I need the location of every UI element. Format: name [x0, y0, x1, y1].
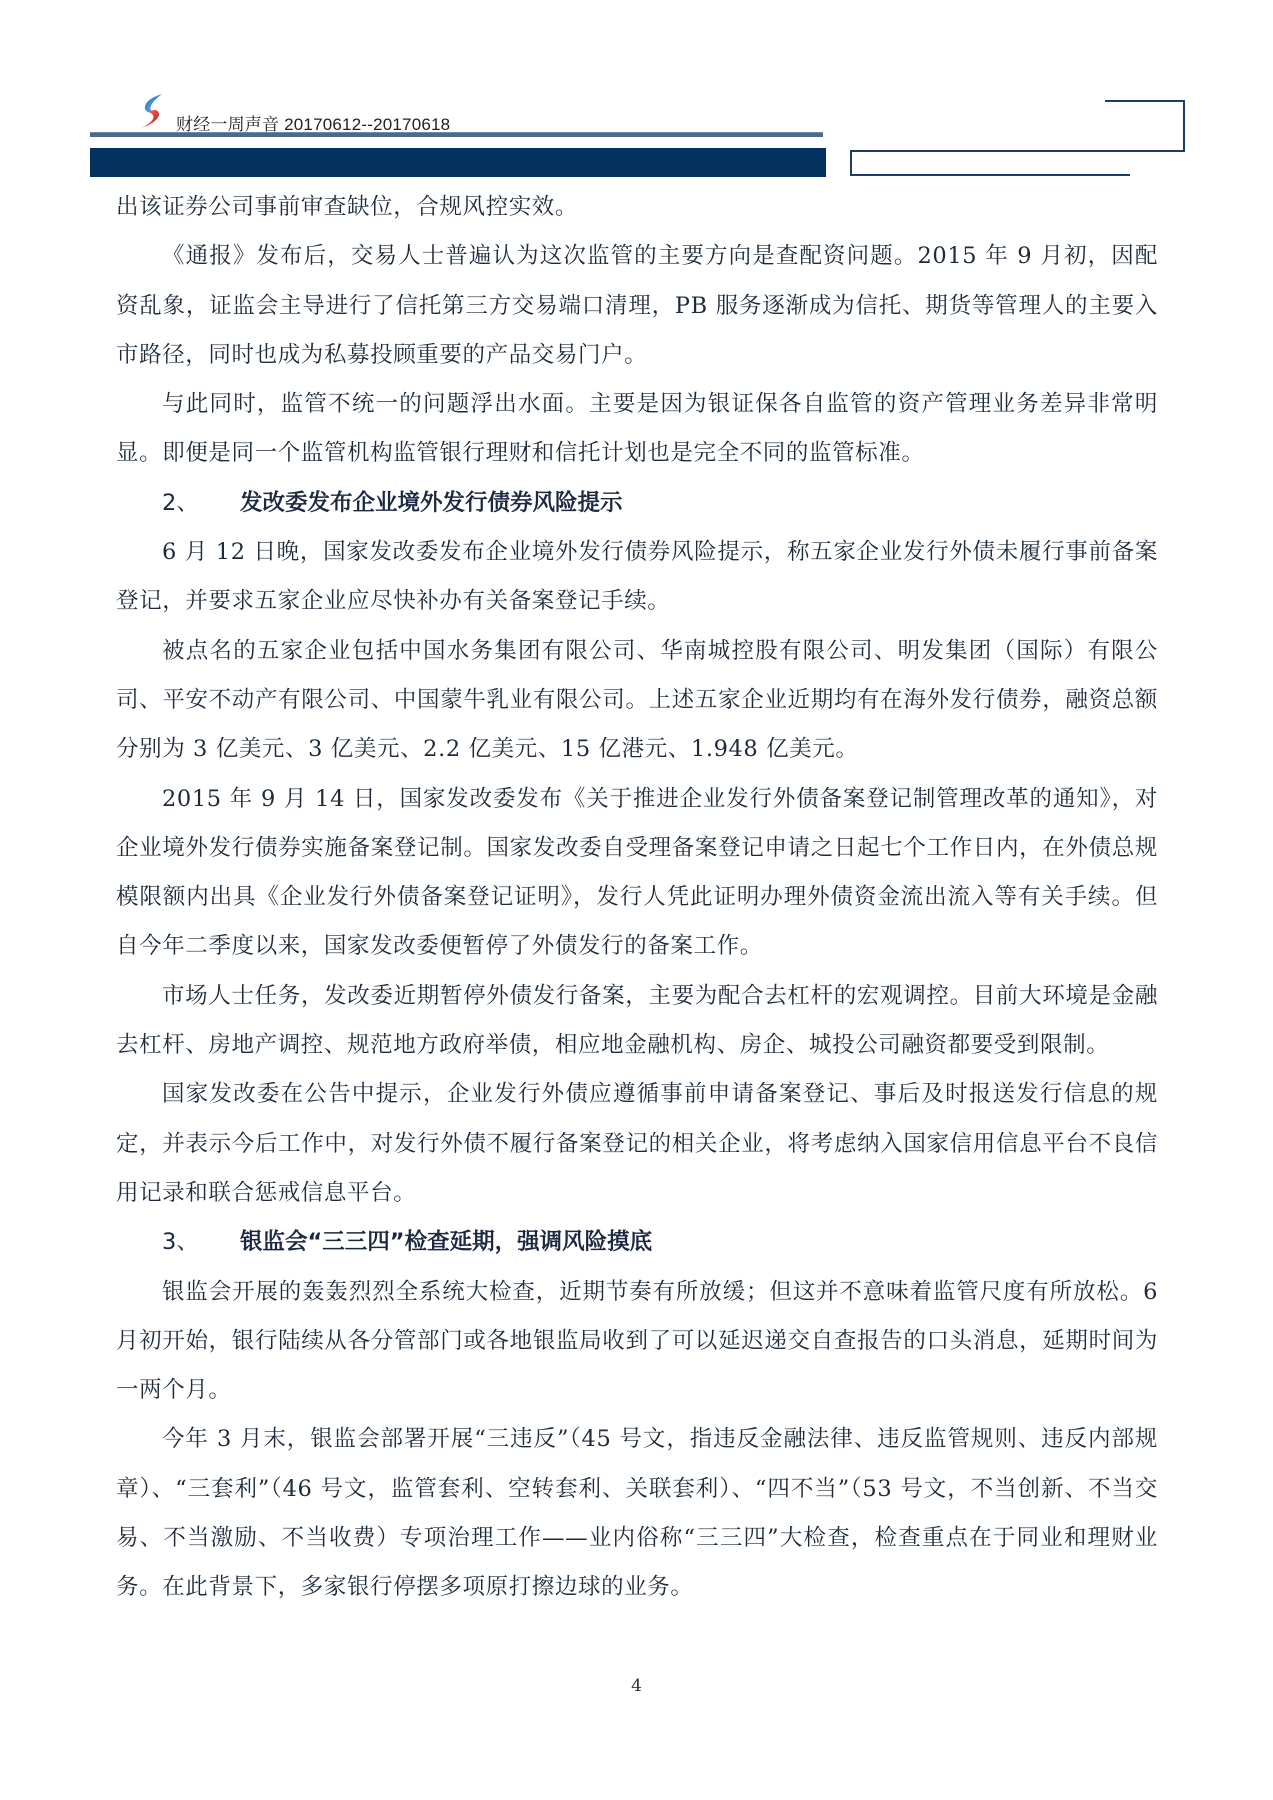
paragraph: 国家发改委在公告中提示，企业发行外债应遵循事前申请备案登记、事后及时报送发行信息… [116, 1070, 1158, 1218]
header-bar [90, 148, 826, 177]
section-heading: 3、银监会“三三四”检查延期，强调风险摸底 [116, 1218, 1158, 1267]
header-frame-decoration [1105, 100, 1185, 150]
section-heading: 2、发改委发布企业境外发行债券风险提示 [116, 479, 1158, 528]
paragraph: 出该证券公司事前审查缺位，合规风控实效。 [116, 183, 1158, 232]
paragraph: 《通报》发布后，交易人士普遍认为这次监管的主要方向是查配资问题。2015 年 9… [116, 232, 1158, 380]
paragraph: 银监会开展的轰轰烈烈全系统大检查，近期节奏有所放缓；但这并不意味着监管尺度有所放… [116, 1268, 1158, 1416]
section-number: 2、 [162, 479, 240, 528]
page-header: 财经一周声音 20170612--20170618 [0, 0, 1273, 190]
page-number: 4 [0, 1676, 1273, 1696]
paragraph: 市场人士任务，发改委近期暂停外债发行备案，主要为配合去杠杆的宏观调控。目前大环境… [116, 972, 1158, 1071]
paragraph: 2015 年 9 月 14 日，国家发改委发布《关于推进企业发行外债备案登记制管… [116, 775, 1158, 972]
paragraph: 6 月 12 日晚，国家发改委发布企业境外发行债券风险提示，称五家企业发行外债未… [116, 528, 1158, 627]
header-frame-decoration [850, 174, 1130, 176]
paragraph: 被点名的五家企业包括中国水务集团有限公司、华南城控股有限公司、明发集团（国际）有… [116, 627, 1158, 775]
section-title: 银监会“三三四”检查延期，强调风险摸底 [240, 1229, 652, 1255]
s-swoosh-logo-icon [136, 93, 168, 129]
document-body: 出该证券公司事前审查缺位，合规风控实效。 《通报》发布后，交易人士普遍认为这次监… [116, 183, 1158, 1613]
paragraph: 与此同时，监管不统一的问题浮出水面。主要是因为银证保各自监管的资产管理业务差异非… [116, 380, 1158, 479]
section-title: 发改委发布企业境外发行债券风险提示 [240, 490, 623, 516]
header-rule [90, 132, 823, 137]
header-frame-decoration [850, 150, 1185, 176]
paragraph: 今年 3 月末，银监会部署开展“三违反”（45 号文，指违反金融法律、违反监管规… [116, 1415, 1158, 1612]
section-number: 3、 [162, 1218, 240, 1267]
